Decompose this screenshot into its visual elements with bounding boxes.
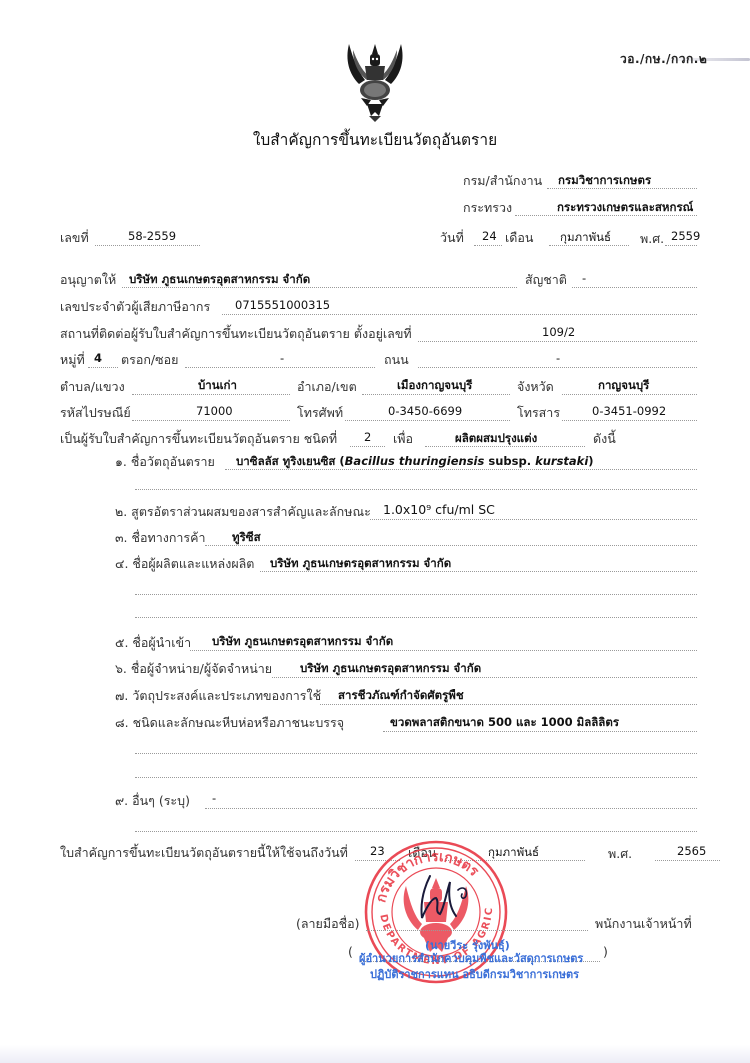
- validity-year-underline: [655, 860, 720, 861]
- issue-year-label: พ.ศ.: [640, 229, 664, 249]
- document-title: ใบสำคัญการขึ้นทะเบียนวัตถุอันตราย: [0, 127, 750, 152]
- department-label: กรม/สำนักงาน: [463, 171, 542, 191]
- fax-value: 0-3451-0992: [592, 404, 666, 418]
- certificate-number: 58-2559: [128, 229, 176, 243]
- item7-underline: [320, 704, 697, 705]
- signatory-open-paren: (: [348, 944, 353, 959]
- fax-label: โทรสาร: [517, 403, 560, 423]
- item1-scientific-name: Bacillus thuringiensis: [345, 454, 485, 468]
- garuda-emblem-icon: [343, 40, 407, 122]
- item3-label: ๓. ชื่อทางการค้า: [115, 528, 206, 548]
- nationality-label: สัญชาติ: [525, 270, 567, 290]
- subdistrict-label: ตำบล/แขวง: [60, 377, 125, 397]
- number-underline: [95, 245, 200, 246]
- item6-underline: [272, 677, 697, 678]
- item2-formulation: 1.0x10⁹ cfu/ml SC: [383, 502, 495, 517]
- registration-type-underline: [350, 446, 385, 447]
- issue-month-underline: [549, 245, 629, 246]
- postcode-value: 71000: [196, 404, 233, 418]
- validity-label: ใบสำคัญการขึ้นทะเบียนวัตถุอันตรายนี้ให้ใ…: [60, 843, 348, 863]
- soi-label: ตรอก/ซอย: [121, 350, 178, 370]
- item9-value: -: [212, 791, 216, 805]
- licensee-label: อนุญาตให้: [60, 270, 116, 290]
- district-value: เมืองกาญจนบุรี: [397, 377, 472, 395]
- item1-subsp: subsp.: [484, 454, 535, 468]
- district-label: อำเภอ/เขต: [297, 377, 357, 397]
- item4-label: ๔. ชื่อผู้ผลิตและแหล่งผลิต: [115, 554, 254, 574]
- item4-underline: [260, 571, 697, 572]
- item3-underline: [205, 545, 697, 546]
- item4-underline-3: [135, 617, 697, 618]
- item2-label: ๒. สูตรอัตราส่วนผสมของสารสำคัญและลักษณะ: [115, 502, 371, 522]
- moo-value: 4: [94, 351, 102, 365]
- scan-bottom-shade: [0, 1045, 750, 1063]
- signature-underline: [366, 930, 588, 931]
- registration-suffix: ดังนี้: [593, 429, 616, 449]
- signatory-position-line2: ปฏิบัติราชการแทน อธิบดีกรมวิชาการเกษตร: [370, 965, 579, 983]
- item9-underline: [205, 808, 697, 809]
- item6-label: ๖. ชื่อผู้จำหน่าย/ผู้จัดจำหน่าย: [115, 659, 272, 679]
- province-label: จังหวัด: [517, 377, 554, 397]
- address-intro-label: สถานที่ติดต่อผู้รับใบสำคัญการขึ้นทะเบียน…: [60, 324, 412, 344]
- item9-underline-2: [135, 831, 697, 832]
- officer-label: พนักงานเจ้าหน้าที่: [595, 914, 692, 934]
- postcode-label: รหัสไปรษณีย์: [60, 403, 131, 423]
- item8-underline-3: [135, 777, 697, 778]
- item1-label: ๑. ชื่อวัตถุอันตราย: [115, 452, 215, 472]
- registration-type: 2: [364, 430, 371, 444]
- item5-label: ๕. ชื่อผู้นำเข้า: [115, 633, 191, 653]
- house-number-underline: [418, 341, 697, 342]
- document-form-code: วอ./กษ./กวก.๒: [620, 50, 707, 69]
- item4-underline-2: [135, 594, 697, 595]
- road-value: -: [556, 351, 560, 365]
- soi-value: -: [280, 351, 284, 365]
- tax-id-underline: [222, 314, 697, 315]
- department-underline: [547, 188, 697, 189]
- nationality-value: -: [582, 271, 586, 285]
- postcode-underline: [132, 420, 290, 421]
- district-underline: [362, 394, 510, 395]
- issue-day-underline: [474, 245, 502, 246]
- fax-underline: [562, 420, 697, 421]
- house-number: 109/2: [542, 325, 575, 339]
- item5-underline: [190, 650, 697, 651]
- ministry-underline: [515, 215, 697, 216]
- signatory-close-paren: ): [603, 944, 608, 959]
- licensee-underline: [122, 287, 517, 288]
- phone-label: โทรศัพท์: [297, 403, 343, 423]
- issue-year-underline: [665, 245, 697, 246]
- subdistrict-underline: [132, 394, 290, 395]
- issue-day-label: วันที่: [440, 228, 464, 248]
- road-label: ถนน: [384, 350, 409, 370]
- issue-month-label: เดือน: [505, 228, 533, 248]
- soi-underline: [185, 367, 375, 368]
- road-underline: [418, 367, 697, 368]
- signature-label: (ลายมือชื่อ): [296, 914, 360, 934]
- phone-underline: [345, 420, 510, 421]
- item8-label: ๘. ชนิดและลักษณะหีบห่อหรือภาชนะบรรจุ: [115, 713, 344, 733]
- item1-subspecies: kurstaki: [535, 454, 588, 468]
- item9-label: ๙. อื่นๆ (ระบุ): [115, 791, 190, 811]
- item8-underline-2: [135, 753, 697, 754]
- moo-label: หมู่ที่: [60, 350, 85, 370]
- purpose-label: เพื่อ: [393, 429, 413, 449]
- issue-year: 2559: [671, 229, 700, 243]
- province-value: กาญจนบุรี: [598, 377, 649, 395]
- item1-underline: [225, 469, 697, 470]
- item1-thai-name: บาซิลลัส ทูริงเยนซิส (: [236, 454, 345, 468]
- item2-underline: [370, 519, 697, 520]
- subdistrict-value: บ้านเก่า: [198, 377, 237, 395]
- province-underline: [562, 394, 697, 395]
- issue-day: 24: [482, 229, 497, 243]
- validity-year-label: พ.ศ.: [608, 844, 632, 864]
- item1-underline-2: [135, 489, 697, 490]
- registration-intro-label: เป็นผู้รับใบสำคัญการขึ้นทะเบียนวัตถุอันต…: [60, 429, 337, 449]
- ministry-label: กระทรวง: [463, 198, 512, 218]
- handwritten-signature: [410, 868, 480, 928]
- item1-close: ): [588, 454, 593, 468]
- moo-underline: [88, 367, 118, 368]
- number-label: เลขที่: [60, 228, 89, 248]
- item6-distributor: บริษัท ภูธนเกษตรอุตสาหกรรม จำกัด: [300, 660, 481, 678]
- item7-purpose: สารชีวภัณฑ์กำจัดศัตรูพืช: [338, 687, 464, 705]
- validity-year: 2565: [677, 844, 706, 858]
- purpose-underline: [425, 446, 585, 447]
- item8-underline: [383, 731, 697, 732]
- nationality-underline: [572, 287, 697, 288]
- phone-value: 0-3450-6699: [388, 404, 462, 418]
- item5-importer: บริษัท ภูธนเกษตรอุตสาหกรรม จำกัด: [212, 633, 393, 651]
- tax-id-value: 0715551000315: [235, 298, 330, 312]
- item8-packaging: ขวดพลาสติกขนาด 500 และ 1000 มิลลิลิตร: [390, 714, 619, 732]
- tax-id-label: เลขประจำตัวผู้เสียภาษีอากร: [60, 297, 210, 317]
- item7-label: ๗. วัตถุประสงค์และประเภทของการใช้: [115, 686, 321, 706]
